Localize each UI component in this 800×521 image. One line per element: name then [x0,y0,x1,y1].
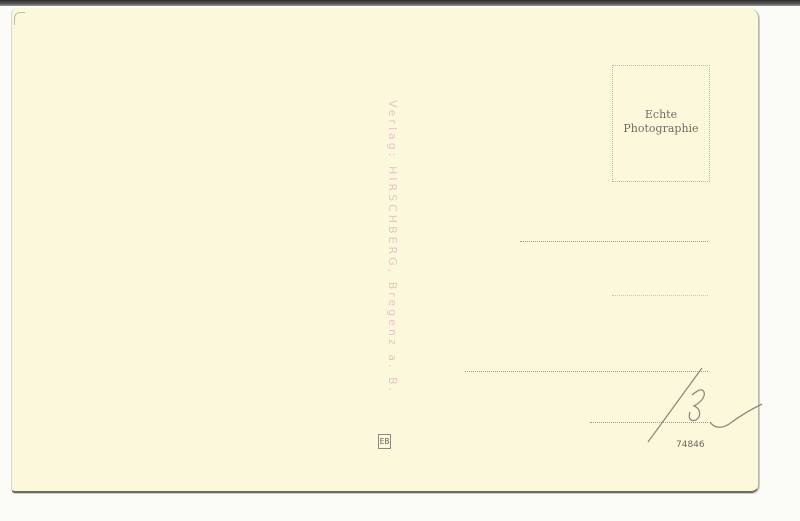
address-line [520,241,708,242]
stamp-box: Echte Photographie [612,65,710,182]
stamp-text-line-2: Photographie [613,122,709,136]
stamp-box-text: Echte Photographie [613,108,709,136]
scan-top-edge [0,0,800,6]
publisher-logo-icon: EB [378,434,391,449]
pencil-signature-icon [640,360,765,445]
publisher-imprint: Verlag: HIRSCHBERG, Bregenz a. B. [386,100,399,394]
address-line [612,295,708,296]
corner-crease [14,12,25,25]
stamp-text-line-1: Echte [613,108,709,122]
catalog-number: 74846 [676,440,705,450]
